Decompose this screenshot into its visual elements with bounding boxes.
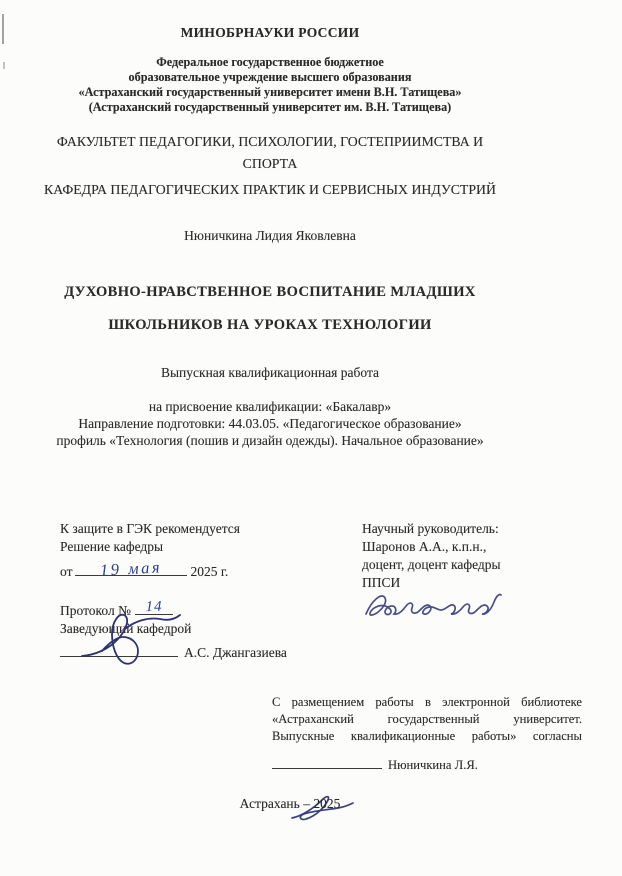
- university-line: Федеральное государственное бюджетное: [0, 55, 540, 70]
- defense-decision: Решение кафедры: [60, 538, 320, 556]
- consent-line: «Астраханский государственный университе…: [272, 711, 582, 728]
- consent-signature-row: Нюничкина Л.Я.: [272, 753, 582, 773]
- defense-date-row: от19 мая2025 г.: [60, 560, 320, 584]
- qualification-line: на присвоение квалификации: «Бакалавр»: [0, 398, 540, 415]
- thesis-title-page: МИНОБРНАУКИ РОССИИ Федеральное государст…: [0, 0, 622, 876]
- author-name: Нюничкина Лидия Яковлевна: [0, 228, 540, 244]
- thesis-title-line: ШКОЛЬНИКОВ НА УРОКАХ ТЕХНОЛОГИИ: [0, 309, 540, 342]
- thesis-title: ДУХОВНО-НРАВСТВЕННОЕ ВОСПИТАНИЕ МЛАДШИХ …: [0, 276, 540, 342]
- defense-block: К защите в ГЭК рекомендуется Решение каф…: [60, 520, 320, 663]
- consent-signer: Нюничкина Л.Я.: [388, 758, 478, 772]
- university-line: (Астраханский государственный университе…: [0, 100, 540, 115]
- advisor-position: доцент, доцент кафедры: [362, 556, 572, 574]
- consent-line: Выпускные квалификационные работы» согла…: [272, 728, 582, 745]
- head-signature: [76, 606, 196, 668]
- city-year: Астрахань – 2025: [0, 796, 580, 812]
- university-block: Федеральное государственное бюджетное об…: [0, 55, 540, 115]
- date-blank-line: 19 мая: [75, 560, 187, 576]
- qualification-block: на присвоение квалификации: «Бакалавр» Н…: [0, 398, 540, 449]
- qualification-line: Направление подготовки: 44.03.05. «Педаг…: [0, 415, 540, 432]
- university-line: «Астраханский государственный университе…: [0, 85, 540, 100]
- faculty-line: ФАКУЛЬТЕТ ПЕДАГОГИКИ, ПСИХОЛОГИИ, ГОСТЕП…: [0, 131, 540, 153]
- ministry-heading: МИНОБРНАУКИ РОССИИ: [0, 25, 540, 41]
- university-line: образовательное учреждение высшего образ…: [0, 70, 540, 85]
- faculty-heading: ФАКУЛЬТЕТ ПЕДАГОГИКИ, ПСИХОЛОГИИ, ГОСТЕП…: [0, 131, 540, 175]
- date-prefix: от: [60, 564, 72, 579]
- defense-recommendation: К защите в ГЭК рекомендуется: [60, 520, 320, 538]
- handwritten-date: 19 мая: [75, 557, 188, 581]
- advisor-signature: [362, 580, 504, 624]
- work-type: Выпускная квалификационная работа: [0, 365, 540, 381]
- head-name: А.С. Джангазиева: [184, 645, 287, 660]
- advisor-block: Научный руководитель: Шаронов А.А., к.п.…: [362, 520, 572, 592]
- date-suffix: 2025 г.: [190, 564, 228, 579]
- consent-line: С размещением работы в электронной библи…: [272, 694, 582, 711]
- department-heading: КАФЕДРА ПЕДАГОГИЧЕСКИХ ПРАКТИК И СЕРВИСН…: [0, 182, 540, 198]
- qualification-line: профиль «Технология (пошив и дизайн одеж…: [0, 432, 540, 449]
- consent-signature-line: [272, 753, 382, 769]
- consent-block: С размещением работы в электронной библи…: [272, 694, 582, 773]
- thesis-title-line: ДУХОВНО-НРАВСТВЕННОЕ ВОСПИТАНИЕ МЛАДШИХ: [0, 276, 540, 309]
- advisor-name: Шаронов А.А., к.п.н.,: [362, 538, 572, 556]
- faculty-line: СПОРТА: [0, 153, 540, 175]
- advisor-label: Научный руководитель:: [362, 520, 572, 538]
